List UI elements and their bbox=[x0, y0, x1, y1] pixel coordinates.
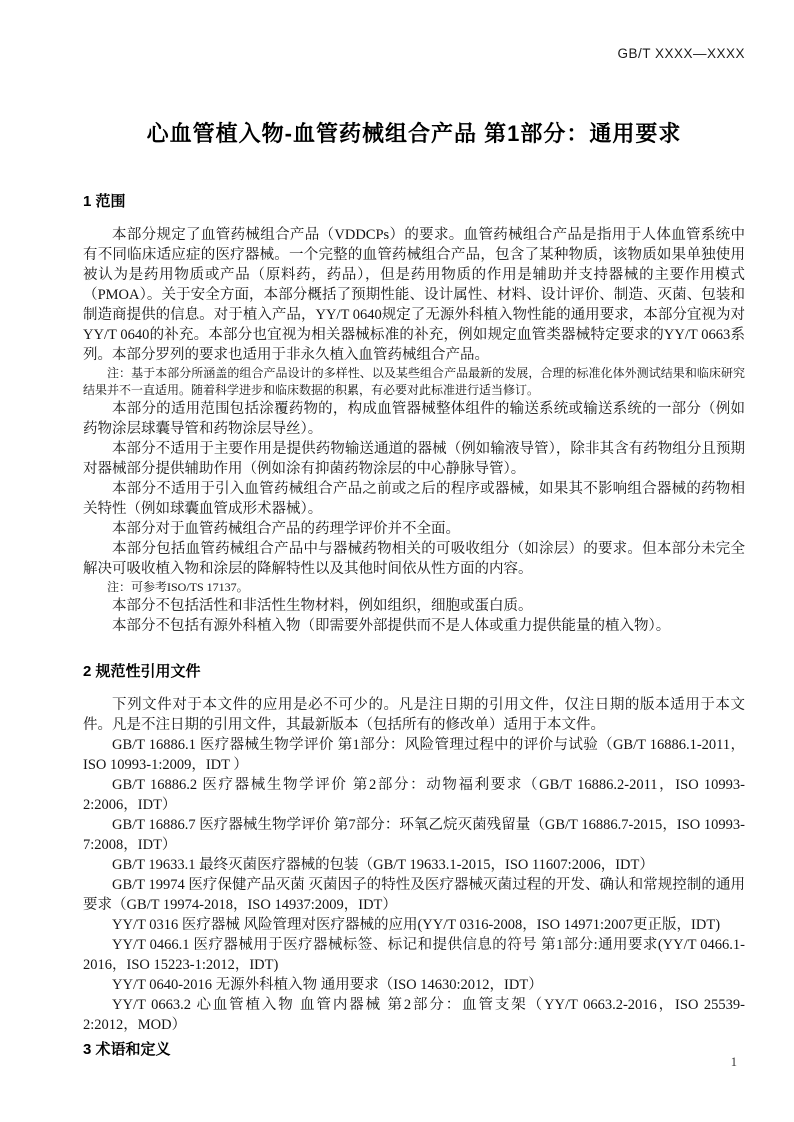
scope-paragraph-applicability: 本部分的适用范围包括涂覆药物的，构成血管器械整体组件的输送系统或输送系统的一部分… bbox=[83, 399, 745, 439]
reference-item: GB/T 19633.1 最终灭菌医疗器械的包装（GB/T 19633.1-20… bbox=[83, 855, 745, 875]
scope-note-diversity: 注：基于本部分所涵盖的组合产品设计的多样性、以及某些组合产品最新的发展，合理的标… bbox=[83, 365, 745, 399]
section-scope: 1 范围 本部分规定了血管药械组合产品（VDDCPs）的要求。血管药械组合产品是… bbox=[83, 192, 745, 636]
reference-item: GB/T 16886.2 医疗器械生物学评价 第2部分：动物福利要求（GB/T … bbox=[83, 775, 745, 815]
normative-references-intro: 下列文件对于本文件的应用是必不可少的。凡是注日期的引用文件，仅注日期的版本适用于… bbox=[83, 695, 745, 735]
page-number: 1 bbox=[731, 1055, 737, 1070]
document-title: 心血管植入物-血管药械组合产品 第1部分：通用要求 bbox=[83, 120, 745, 148]
scope-paragraph-absorbable: 本部分包括血管药械组合产品中与器械药物相关的可吸收组分（如涂层）的要求。但本部分… bbox=[83, 539, 745, 579]
section-scope-heading: 1 范围 bbox=[83, 192, 745, 212]
reference-item: YY/T 0466.1 医疗器械用于医疗器械标签、标记和提供信息的符号 第1部分… bbox=[83, 935, 745, 975]
section-terms: 3 术语和定义 bbox=[83, 1040, 171, 1060]
reference-item: YY/T 0640-2016 无源外科植入物 通用要求（ISO 14630:20… bbox=[83, 975, 745, 995]
standard-number-header: GB/T XXXX—XXXX bbox=[83, 46, 745, 62]
scope-paragraph-exclusion-procedures: 本部分不适用于引入血管药械组合产品之前或之后的程序或器械，如果其不影响组合器械的… bbox=[83, 479, 745, 519]
reference-item: GB/T 16886.1 医疗器械生物学评价 第1部分：风险管理过程中的评价与试… bbox=[83, 735, 745, 775]
reference-item: YY/T 0663.2 心血管植入物 血管内器械 第2部分：血管支架（YY/T … bbox=[83, 995, 745, 1035]
scope-paragraph-overview: 本部分规定了血管药械组合产品（VDDCPs）的要求。血管药械组合产品是指用于人体… bbox=[83, 225, 745, 365]
reference-item: YY/T 0316 医疗器械 风险管理对医疗器械的应用(YY/T 0316-20… bbox=[83, 915, 745, 935]
scope-paragraph-exclusion-delivery: 本部分不适用于主要作用是提供药物输送通道的器械（例如输液导管），除非其含有药物组… bbox=[83, 439, 745, 479]
scope-paragraph-exclusion-bio: 本部分不包括活性和非活性生物材料，例如组织，细胞或蛋白质。 bbox=[83, 596, 745, 616]
reference-item: GB/T 16886.7 医疗器械生物学评价 第7部分：环氧乙烷灭菌残留量（GB… bbox=[83, 815, 745, 855]
section-normative-references: 2 规范性引用文件 下列文件对于本文件的应用是必不可少的。凡是注日期的引用文件，… bbox=[83, 662, 745, 1035]
document-page: GB/T XXXX—XXXX 心血管植入物-血管药械组合产品 第1部分：通用要求… bbox=[0, 0, 794, 1122]
reference-item: GB/T 19974 医疗保健产品灭菌 灭菌因子的特性及医疗器械灭菌过程的开发、… bbox=[83, 875, 745, 915]
scope-note-iso-ts: 注：可参考ISO/TS 17137。 bbox=[83, 579, 745, 596]
scope-paragraph-pharmacology: 本部分对于血管药械组合产品的药理学评价并不全面。 bbox=[83, 519, 745, 539]
section-terms-heading: 3 术语和定义 bbox=[83, 1040, 171, 1060]
scope-paragraph-exclusion-active: 本部分不包括有源外科植入物（即需要外部提供而不是人体或重力提供能量的植入物）。 bbox=[83, 616, 745, 636]
section-normative-references-heading: 2 规范性引用文件 bbox=[83, 662, 745, 682]
